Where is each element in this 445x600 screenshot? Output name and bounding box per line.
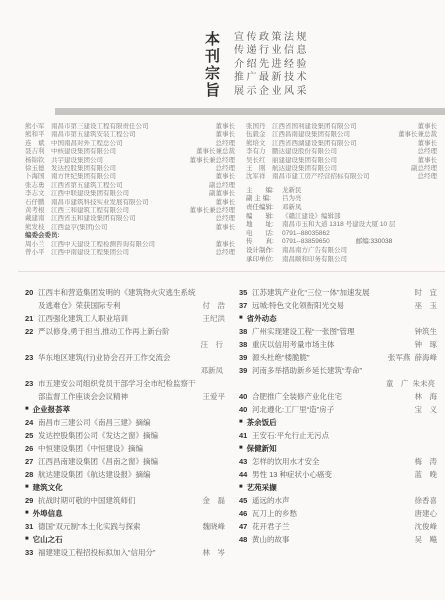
toc-page-number: 38 [239, 325, 252, 338]
toc-title: 男性 13 种症状小心癌变 [252, 468, 409, 481]
section-square-icon: ■ [239, 312, 243, 325]
member-name: 熊培文 [246, 140, 272, 148]
member-name: 石仔鹏 [25, 199, 51, 207]
member-title: 总经理 [216, 140, 236, 148]
member-title: 副董事长 [209, 190, 235, 198]
toc-entry: 31德国“双元制”本土化实践与探索魏晓峰 [25, 520, 225, 533]
toc-page-number: 35 [239, 286, 252, 299]
member-company: 南昌市建工房产经营招标有限公司 [272, 173, 418, 181]
member-name: 熊和平 [25, 131, 51, 139]
member-company: 中国南昌对外工程总公司 [51, 140, 216, 148]
toc-page-number: 25 [25, 429, 38, 442]
toc-title: 严以修身,勇于担当,推动工作再上新台阶 [38, 325, 225, 338]
board-column-left: 熊小军南昌市第三建设工程有限责任公司董事长熊和平南昌市第五建筑安装工程公司董事长… [25, 123, 235, 264]
motto-char: 宗 [205, 65, 220, 82]
toc-author: 金 磊 [203, 494, 226, 507]
toc-page-number: 47 [239, 520, 252, 533]
member-company: 江西益亨(集团)公司 [51, 224, 216, 232]
journal-motto: 本刊宗旨 宣传政策法规传递行业信息介绍先进经验推广最新技术展示企业风采 [205, 31, 309, 99]
toc-entry: 29抗战时期可敬的中国建筑师们金 磊 [25, 494, 225, 507]
masthead-row: 地 址:南昌市玉和大道 1318 号建设大厦 10 层 [246, 221, 437, 230]
board-member-row: 徐玉德发达控股集团有限公司总经理 [25, 165, 235, 173]
motto-line: 传递行业信息 [234, 44, 309, 57]
toc-title: 广州实现建设工程“一张图”管理 [252, 325, 409, 338]
toc-entry: 25发达控股集团公司《发达之窗》摘编 [25, 429, 225, 442]
masthead-row: 责任编辑:邓新凤 [246, 204, 437, 213]
member-title: 董事长 [418, 157, 438, 165]
toc-section-header: ■保健新知 [239, 442, 437, 455]
motto-lines: 宣传政策法规传递行业信息介绍先进经验推广最新技术展示企业风采 [234, 31, 309, 99]
board-member-row: 李志文江西中联建设集团有限公司副董事长 [25, 190, 235, 198]
masthead-row: 传 真:0791--83859650邮编:330038 [246, 238, 437, 247]
board-member-row: 李有力鹏达建设股份有限公司总经理 [246, 148, 437, 156]
toc-title: 华东地区建筑(行)业协会召开工作交流会 [38, 351, 225, 364]
toc-page-number: 26 [25, 442, 38, 455]
masthead-value: 南昌市玉和大道 1318 号建设大厦 10 层 [282, 221, 395, 230]
toc-author: 付 浩 [203, 299, 226, 312]
member-title: 总经理 [216, 249, 236, 257]
masthead-value: 南昌顺和印务有限公司 [282, 256, 347, 265]
toc-page-number: 31 [25, 520, 38, 533]
board-member-row: 熊培文江西省西湖建设集团有限公司董事长 [246, 140, 437, 148]
toc-entry: 22严以修身,勇于担当,推动工作再上新台阶 [25, 325, 225, 338]
motto-title-vertical: 本刊宗旨 [205, 31, 220, 99]
toc-page-number: 38 [239, 338, 252, 351]
section-label: 企业报荟萃 [33, 403, 71, 416]
masthead-value: 0791--83859650 [282, 238, 330, 247]
section-label: 它山之石 [33, 533, 63, 546]
board-member-row: 熊和平南昌市第五建筑安装工程公司董事长 [25, 131, 235, 139]
toc-author: 魏晓峰 [203, 520, 226, 533]
member-name: 曾小平 [25, 249, 51, 257]
member-company: 鹏达建设股份有限公司 [272, 148, 418, 156]
toc-page-number: 43 [239, 455, 252, 468]
toc-page-number: 44 [239, 468, 252, 481]
masthead-label: 编 辑: [246, 213, 282, 222]
toc-page-number: 39 [239, 364, 252, 377]
member-title: 董事长 [418, 140, 438, 148]
toc-title: 河南多举措助新乡延长建筑“寿命” [252, 364, 437, 377]
board-member-row: 沈军祥南昌市建工房产经营招标有限公司总经理 [246, 173, 437, 181]
motto-char: 本 [205, 31, 220, 48]
editorial-board-list: 熊小军南昌市第三建设工程有限责任公司董事长熊和平南昌市第五建筑安装工程公司董事长… [25, 123, 437, 264]
toc-page-number: 39 [239, 351, 252, 364]
board-member-row: 熊小军南昌市第三建设工程有限责任公司董事长 [25, 123, 235, 131]
member-company: 江西中南建设工程集团公司 [51, 249, 216, 257]
masthead-row: 设计制作:南昌南方广告有限公司 [246, 247, 437, 256]
board-member-row: 曾小平江西中南建设工程集团公司总经理 [25, 249, 235, 257]
member-title: 董事长兼总经理 [190, 157, 236, 165]
masthead-row: 承印单位:南昌顺和印务有限公司 [246, 256, 437, 265]
toc-entry: 38广州实现建设工程“一张图”管理钟筑生 [239, 325, 437, 338]
member-company: 丽建建设集团有限公司 [272, 157, 418, 165]
toc-author: 吴 飚 [415, 533, 438, 546]
member-name: 沈军祥 [246, 173, 272, 181]
toc-page-number: 40 [239, 403, 252, 416]
masthead-label: 设计制作: [246, 247, 282, 256]
toc-column-left: 20江西丰和营造集团发明的《建筑物火灾逃生系统及逃难仓》荣获国际专利付 浩21江… [25, 286, 225, 559]
member-company: 江西省西湖建设集团有限公司 [272, 140, 418, 148]
board-member-row: 卜海国南方世纪集团有限公司董事长 [25, 173, 235, 181]
toc-page-number: 40 [239, 390, 252, 403]
toc-title: 黄山的故事 [252, 533, 409, 546]
toc-author: 王纪洪 [203, 312, 226, 325]
toc-entry: 39河南多举措助新乡延长建筑“寿命” [239, 364, 437, 377]
toc-page-number: 23 [25, 351, 38, 364]
toc-title: 南昌市三建公司《南昌三建》摘编 [38, 416, 225, 429]
toc-author: 汪 行 [25, 338, 225, 351]
toc-title: 航达建设集团《航达建设报》摘编 [38, 468, 225, 481]
toc-entry: 40合肥推广全装修产业化住宅林 海 [239, 390, 437, 403]
toc-section-header: ■企业报荟萃 [25, 403, 225, 416]
toc-author: 林 岑 [203, 546, 226, 559]
member-title: 总经理 [418, 173, 438, 181]
toc-entry: 44男性 13 种症状小心癌变蓝 晚 [239, 468, 437, 481]
toc-page-number: 29 [25, 494, 38, 507]
member-name: 杨锦钦 [25, 157, 51, 165]
toc-author: 童 广 朱未亮 [239, 377, 437, 390]
section-square-icon: ■ [239, 442, 243, 455]
toc-author: 钟筑生 [415, 325, 438, 338]
member-company: 江西省第五建筑工程公司 [51, 182, 209, 190]
masthead-label: 责任编辑: [246, 204, 282, 213]
board-member-row: 王 刚航达建设集团有限公司副总经理 [246, 165, 437, 173]
member-name: 吴长红 [246, 157, 272, 165]
board-member-row: 石仔鹏南昌市建筑科技实业发展有限公司董事长 [25, 199, 235, 207]
motto-line: 展示企业风采 [234, 85, 309, 98]
toc-entry: 27江西昌南建设集团《昌南之窗》摘编 [25, 455, 225, 468]
toc-section-header: ■茶余饭后 [239, 416, 437, 429]
toc-entry: 47花开君子兰沈俊峰 [239, 520, 437, 533]
toc-page-number: 22 [25, 325, 38, 338]
board-member-row: 聂吉利中核建设集团有限公司董事长兼总裁 [25, 148, 235, 156]
member-company: 江西三和建筑工程有限公司 [51, 207, 190, 215]
toc-entry: 48黄山的故事吴 飚 [239, 533, 437, 546]
board-member-row: 连 斌中国南昌对外工程总公司总经理 [25, 140, 235, 148]
board-member-row: 周小兰江西中天建设工程检测咨询有限公司董事长 [25, 241, 235, 249]
motto-char: 旨 [205, 82, 220, 99]
masthead-label: 传 真: [246, 238, 282, 247]
section-square-icon: ■ [25, 481, 29, 494]
member-company: 江西中联建设集团有限公司 [51, 190, 209, 198]
toc-page-number: 24 [25, 416, 38, 429]
member-company: 中核建设集团有限公司 [51, 148, 196, 156]
toc-title: 中恒建设集团《中恒建设》摘编 [38, 442, 225, 455]
masthead-value: 邓新凤 [282, 204, 302, 213]
section-divider-line [18, 271, 445, 272]
toc-page-number: 41 [239, 429, 252, 442]
toc-author: 王爱平 [203, 390, 226, 403]
member-title: 总经理 [418, 148, 438, 156]
member-title: 董事长兼总裁 [398, 131, 437, 139]
masthead-label: 地 址: [246, 221, 282, 230]
toc-title: 江西昌南建设集团《昌南之窗》摘编 [38, 455, 225, 468]
toc-entry: 40河北遵化:工厂里“造”房子宝 义 [239, 403, 437, 416]
toc-entry: 39源头杜绝“楼脆脆”张军燕 薛海峰 [239, 351, 437, 364]
toc-title: 江西丰和营造集团发明的《建筑物火灾逃生系统及逃难仓》荣获国际专利 [38, 286, 197, 312]
member-title: 副总经理 [209, 182, 235, 190]
member-name: 周小兰 [25, 241, 51, 249]
member-title: 董事长 [216, 199, 236, 207]
section-square-icon: ■ [25, 507, 29, 520]
table-of-contents: 20江西丰和营造集团发明的《建筑物火灾逃生系统及逃难仓》荣获国际专利付 浩21江… [25, 286, 437, 559]
board-member-row: 杨锦钦共宇建设集团公司董事长兼总经理 [25, 157, 235, 165]
toc-entry: 26中恒建设集团《中恒建设》摘编 [25, 442, 225, 455]
masthead-row: 主 编:龙新民 [246, 187, 437, 196]
member-company: 发达控股集团有限公司 [51, 165, 216, 173]
toc-page-number: 27 [25, 455, 38, 468]
toc-entry: 41王安石:平允行止无污点 [239, 429, 437, 442]
board-member-row: 吴长红丽建建设集团有限公司董事长 [246, 157, 437, 165]
toc-author: 时 宜 [415, 286, 438, 299]
toc-entry: 45遥远的水声徐香喜 [239, 494, 437, 507]
toc-page-number: 45 [239, 494, 252, 507]
masthead-row: 电 话:0791--88035862 [246, 230, 437, 239]
section-label: 艺苑采撷 [247, 481, 277, 494]
toc-page-number: 33 [25, 546, 38, 559]
toc-page-number: 20 [25, 286, 38, 299]
motto-char: 刊 [205, 48, 220, 65]
toc-section-header: ■建筑文化 [25, 481, 225, 494]
toc-title: 遥远的水声 [252, 494, 409, 507]
toc-author: 蓝 晚 [415, 468, 438, 481]
member-title: 董事长 [216, 173, 236, 181]
masthead-value: 《赣江建设》编辑部 [282, 213, 341, 222]
masthead-value: 0791--88035862 [282, 230, 330, 239]
member-name: 聂吉利 [25, 148, 51, 156]
toc-title: 怎样的饮用水才安全 [252, 455, 409, 468]
toc-title: 花开君子兰 [252, 520, 409, 533]
toc-title: 发达控股集团公司《发达之窗》摘编 [38, 429, 225, 442]
section-square-icon: ■ [25, 403, 29, 416]
masthead-postcode: 邮编:330038 [356, 238, 393, 247]
section-square-icon: ■ [25, 533, 29, 546]
toc-page-number: 37 [239, 299, 252, 312]
member-name: 戴建南 [25, 215, 51, 223]
board-member-row: 黄考根江西三和建筑工程有限公司董事长兼总经理 [25, 207, 235, 215]
motto-line: 宣传政策法规 [234, 31, 309, 44]
masthead-value: 南昌南方广告有限公司 [282, 247, 347, 256]
section-label: 茶余饭后 [247, 416, 277, 429]
toc-entry: 33福建建设工程招投标拟加入“信用分”林 岑 [25, 546, 225, 559]
toc-title: 福建建设工程招投标拟加入“信用分” [38, 546, 197, 559]
section-square-icon: ■ [239, 481, 243, 494]
board-member-row: 张志勇江西省第五建筑工程公司副总经理 [25, 182, 235, 190]
member-name: 李有力 [246, 148, 272, 156]
member-company: 南昌市第五建筑安装工程公司 [51, 131, 216, 139]
toc-author: 钟 琢 [415, 338, 438, 351]
section-square-icon: ■ [239, 416, 243, 429]
toc-page-number: 28 [25, 468, 38, 481]
toc-entry: 20江西丰和营造集团发明的《建筑物火灾逃生系统及逃难仓》荣获国际专利付 浩 [25, 286, 225, 312]
section-label: 保健新知 [247, 442, 277, 455]
toc-title: 远城:特色文化领衔阳光交易 [252, 299, 409, 312]
toc-author: 宝 义 [415, 403, 438, 416]
member-company: 南昌市第三建设工程有限责任公司 [51, 123, 216, 131]
toc-page-number: 21 [25, 312, 38, 325]
toc-author: 张军燕 薛海峰 [388, 351, 437, 364]
toc-section-header: ■省外动态 [239, 312, 437, 325]
member-name: 李志文 [25, 190, 51, 198]
masthead-value: 吕为亮 [282, 195, 302, 204]
masthead-label: 承印单位: [246, 256, 282, 265]
motto-line: 介绍先进经验 [234, 58, 309, 71]
section-label: 建筑文化 [33, 481, 63, 494]
toc-entry: 23华东地区建筑(行)业协会召开工作交流会 [25, 351, 225, 364]
member-company: 南方世纪集团有限公司 [51, 173, 216, 181]
motto-line: 推广最新技术 [234, 71, 309, 84]
toc-title: 德国“双元制”本土化实践与探索 [38, 520, 197, 533]
toc-entry: 23市五建安公司组织党员干部学习全市纪检监察干部监督工作座谈会会议精神王爱平 [25, 377, 225, 403]
toc-entry: 28航达建设集团《航达建设报》摘编 [25, 468, 225, 481]
member-name: 连 斌 [25, 140, 51, 148]
board-column-right: 张国丹江西省国利建设集团有限公司董事长伍毅金江西昌南建设集团有限公司董事长兼总裁… [246, 123, 437, 264]
member-title: 董事长 [216, 224, 236, 232]
member-name: 卜海国 [25, 173, 51, 181]
member-company: 江西省国利建设集团有限公司 [272, 123, 418, 131]
toc-author: 沈俊峰 [415, 520, 438, 533]
toc-author: 巫 玉 [415, 299, 438, 312]
toc-author: 唐建心 [415, 507, 438, 520]
member-company: 江西中天建设工程检测咨询有限公司 [51, 241, 216, 249]
toc-entry: 35江苏建筑产业化“三位一体”加速发展时 宜 [239, 286, 437, 299]
toc-page-number: 46 [239, 507, 252, 520]
toc-title: 江西强化建筑工人职业培训 [38, 312, 197, 325]
toc-title: 合肥推广全装修产业化住宅 [252, 390, 409, 403]
toc-page-number: 23 [25, 377, 38, 390]
member-title: 董事长 [216, 241, 236, 249]
toc-author: 梅 涛 [415, 455, 438, 468]
toc-entry: 43怎样的饮用水才安全梅 涛 [239, 455, 437, 468]
section-label: 省外动态 [247, 312, 277, 325]
member-company: 江西省玉和建设集团有限公司 [51, 215, 216, 223]
toc-author: 邓新凤 [25, 364, 225, 377]
member-company: 江西昌南建设集团有限公司 [272, 131, 398, 139]
toc-title: 王安石:平允行止无污点 [252, 429, 437, 442]
toc-section-header: ■外埠信息 [25, 507, 225, 520]
toc-entry: 38重庆以信用考量市场主体钟 琢 [239, 338, 437, 351]
toc-author: 徐香喜 [415, 494, 438, 507]
member-company: 航达建设集团有限公司 [272, 165, 411, 173]
section-label: 外埠信息 [33, 507, 63, 520]
board-member-row: 伍毅金江西昌南建设集团有限公司董事长兼总裁 [246, 131, 437, 139]
board-member-row: 戴建南江西省玉和建设集团有限公司总经理 [25, 215, 235, 223]
toc-page-number: 48 [239, 533, 252, 546]
committee-label: 编委会委员: [25, 232, 235, 240]
toc-entry: 24南昌市三建公司《南昌三建》摘编 [25, 416, 225, 429]
member-company: 南昌市建筑科技实业发展有限公司 [51, 199, 216, 207]
toc-entry: 46瓦刀上的乡愁唐建心 [239, 507, 437, 520]
toc-title: 市五建安公司组织党员干部学习全市纪检监察干部监督工作座谈会会议精神 [38, 377, 197, 403]
toc-section-header: ■它山之石 [25, 533, 225, 546]
toc-title: 源头杜绝“楼脆脆” [252, 351, 382, 364]
masthead-row: 编 辑:《赣江建设》编辑部 [246, 213, 437, 222]
masthead-label: 副 主 编: [246, 195, 282, 204]
magazine-toc-page: 本刊宗旨 宣传政策法规传递行业信息介绍先进经验推广最新技术展示企业风采 熊小军南… [0, 0, 445, 600]
masthead-info: 主 编:龙新民副 主 编:吕为亮责任编辑:邓新凤编 辑:《赣江建设》编辑部地 址… [246, 187, 437, 264]
toc-title: 江苏建筑产业化“三位一体”加速发展 [252, 286, 409, 299]
toc-entry: 37远城:特色文化领衔阳光交易巫 玉 [239, 299, 437, 312]
member-name: 张志勇 [25, 182, 51, 190]
toc-title: 河北遵化:工厂里“造”房子 [252, 403, 409, 416]
masthead-row: 副 主 编:吕为亮 [246, 195, 437, 204]
member-title: 董事长兼总裁 [196, 148, 235, 156]
gray-divider-bar [55, 108, 445, 115]
toc-author: 林 海 [415, 390, 438, 403]
member-company: 共宇建设集团公司 [51, 157, 190, 165]
toc-column-right: 35江苏建筑产业化“三位一体”加速发展时 宜37远城:特色文化领衔阳光交易巫 玉… [239, 286, 437, 559]
toc-title: 瓦刀上的乡愁 [252, 507, 409, 520]
toc-section-header: ■艺苑采撷 [239, 481, 437, 494]
member-title: 董事长 [216, 131, 236, 139]
member-title: 总经理 [216, 215, 236, 223]
toc-entry: 21江西强化建筑工人职业培训王纪洪 [25, 312, 225, 325]
member-name: 伍毅金 [246, 131, 272, 139]
toc-title: 抗战时期可敬的中国建筑师们 [38, 494, 197, 507]
toc-title: 重庆以信用考量市场主体 [252, 338, 409, 351]
